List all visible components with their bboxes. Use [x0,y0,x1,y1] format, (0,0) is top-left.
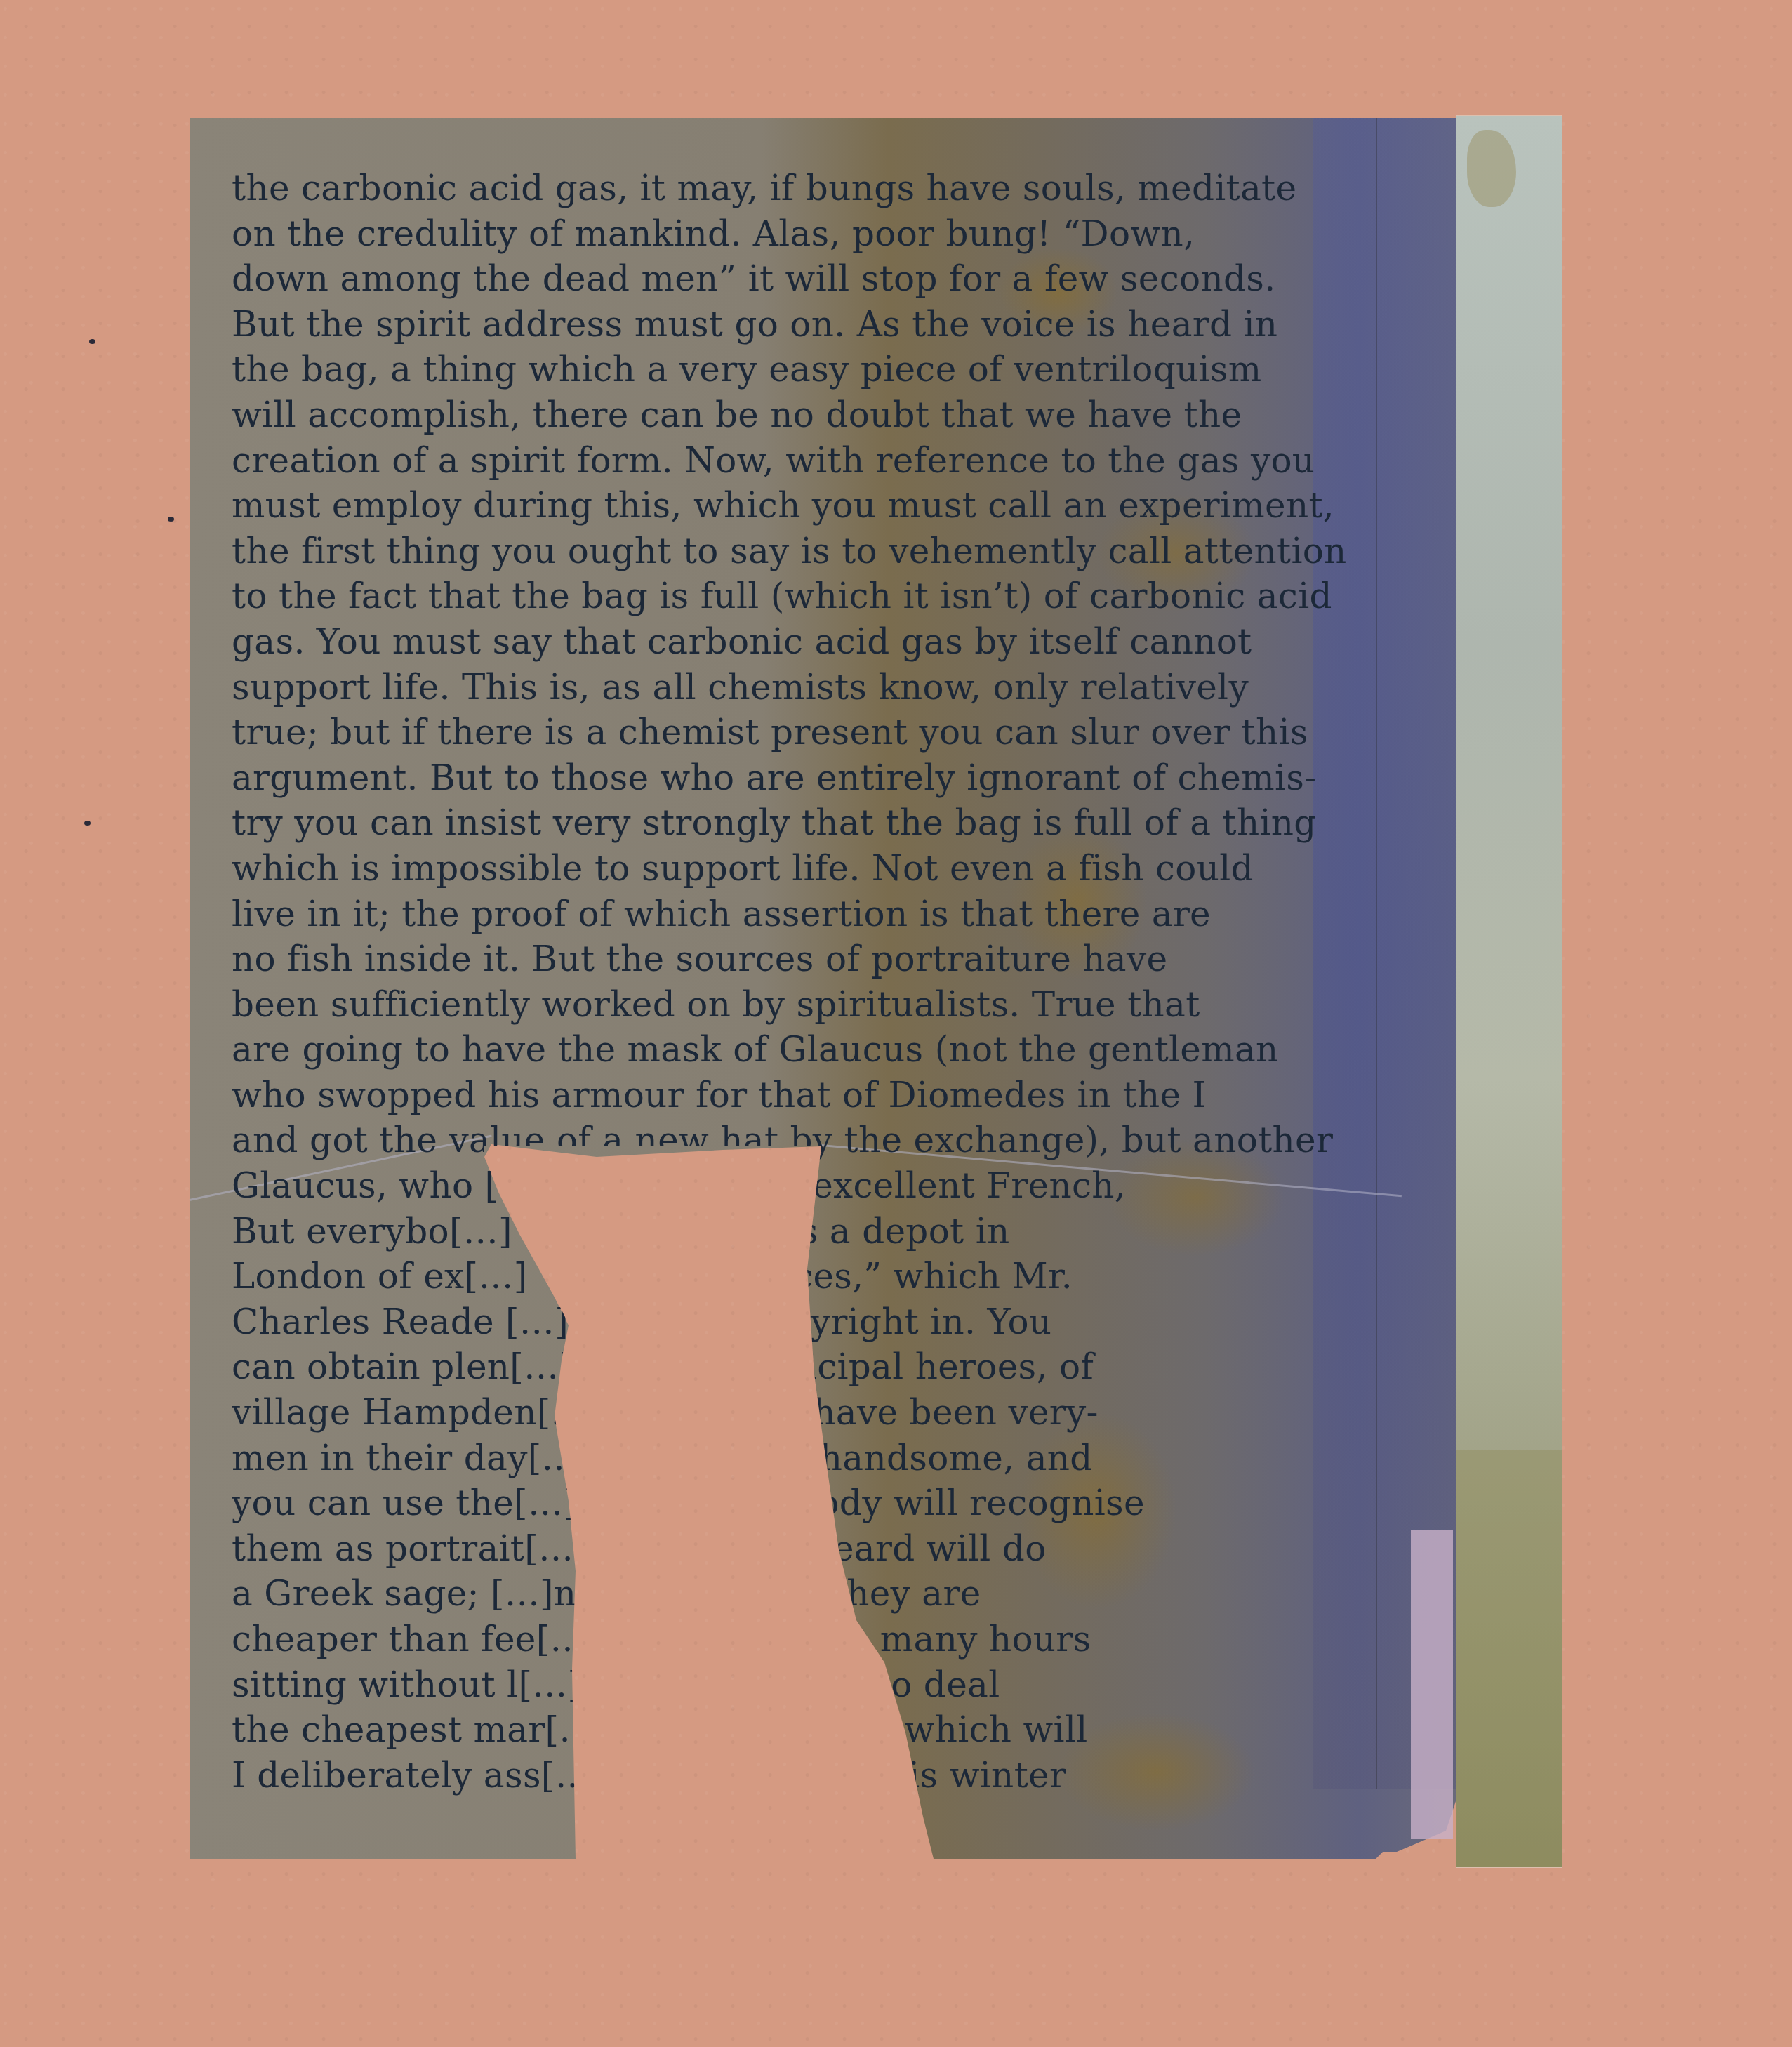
text-line: on the credulity of mankind. Alas, poor … [232,211,1453,257]
text-line: men in their day[…]k a little too handso… [232,1436,1453,1481]
text-line: cheaper than fee[…]ge-seller for so many… [232,1617,1453,1662]
text-line: which is impossible to support life. Not… [232,846,1453,892]
text-line: But everybo[…] that there exists a depot… [232,1209,1453,1254]
text-line: who swopped his armour for that of Diome… [232,1073,1453,1118]
text-line: But the spirit address must go on. As th… [232,302,1453,347]
text-line: can obtain plen[…]traits of municipal he… [232,1344,1453,1390]
text-line: a Greek sage; […]n the long run, they ar… [232,1571,1453,1617]
mount-speck [89,339,95,344]
text-line: true; but if there is a chemist present … [232,710,1453,755]
text-line: live in it; the proof of which assertion… [232,892,1453,937]
text-line: I deliberately ass[…]much cheaper this w… [232,1753,1453,1798]
newspaper-clipping: the carbonic acid gas, it may, if bungs … [190,118,1460,1866]
article-text: the carbonic acid gas, it may, if bungs … [232,166,1453,1798]
text-line: the cheapest mar[…]f paraffin spirit, wh… [232,1707,1453,1753]
text-line: creation of a spirit form. Now, with ref… [232,438,1453,484]
text-line: support life. This is, as all chemists k… [232,665,1453,710]
text-line: and got the value of a new hat by the ex… [232,1118,1453,1163]
text-line: down among the dead men” it will stop fo… [232,256,1453,302]
text-line: the bag, a thing which a very easy piece… [232,347,1453,392]
text-line: sitting without l[…] So I advise you to … [232,1662,1453,1708]
text-line: them as portrait[…] man with a beard wil… [232,1526,1453,1572]
text-line: Glaucus, who […]is, and speaks excellent… [232,1163,1453,1209]
text-line: the first thing you ought to say is to v… [232,529,1453,574]
mount-speck [168,517,174,522]
text-line: village Hampden[…] who might have been v… [232,1390,1453,1436]
mount-speck [84,821,91,826]
text-line: are going to have the mask of Glaucus (n… [232,1027,1453,1073]
text-line: will accomplish, there can be no doubt t… [232,392,1453,438]
text-line: must employ during this, which you must … [232,483,1453,529]
text-line: you can use the[…]ear that anybody will … [232,1480,1453,1526]
text-line: argument. But to those who are entirely … [232,755,1453,801]
text-line: try you can insist very strongly that th… [232,800,1453,846]
text-line: to the fact that the bag is full (which … [232,574,1453,619]
text-line: the carbonic acid gas, it may, if bungs … [232,166,1453,211]
text-line: Charles Reade […]claim the copyright in.… [232,1299,1453,1345]
text-line: gas. You must say that carbonic acid gas… [232,619,1453,665]
text-line: no fish inside it. But the sources of po… [232,936,1453,982]
pink-paper-fragment [1411,1530,1453,1839]
text-line: been sufficiently worked on by spiritual… [232,982,1453,1028]
paper-tape-strip [1456,116,1562,1867]
text-line: London of ex[…] “masks and faces,” which… [232,1254,1453,1299]
